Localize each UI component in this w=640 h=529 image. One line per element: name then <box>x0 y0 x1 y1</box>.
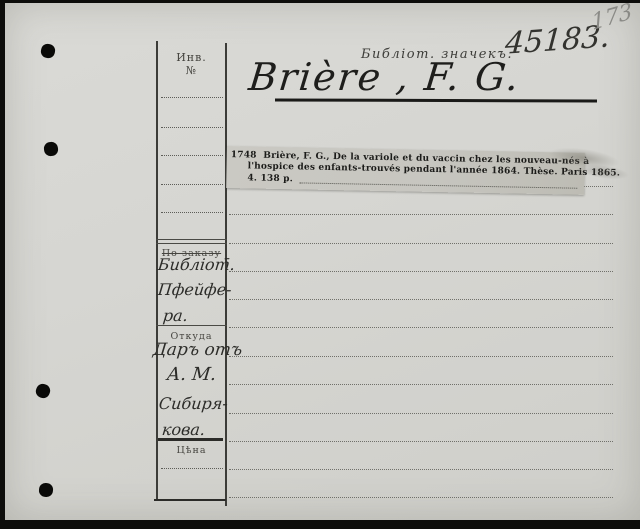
handwritten-underline <box>158 438 223 441</box>
ruled-line <box>229 384 613 385</box>
section-divider <box>156 243 227 244</box>
ruled-line <box>229 327 613 328</box>
inventory-dotted-line <box>161 127 223 128</box>
inventory-dotted-line <box>161 184 223 185</box>
ruled-line <box>229 243 613 244</box>
inventory-label-line1: Инв. <box>157 51 226 64</box>
ruled-line <box>229 356 613 357</box>
origin-handwritten-line3: Сибиря- <box>158 394 229 413</box>
ruled-line <box>229 497 613 498</box>
punch-hole-icon <box>43 141 59 157</box>
author-underline <box>275 98 597 102</box>
punch-hole-icon <box>38 482 53 497</box>
order-handwritten-line1: Библіот̄. <box>157 255 236 274</box>
slip-line3: 4. 138 p. <box>230 173 293 185</box>
inventory-label-line2: № <box>157 64 226 77</box>
ruled-line <box>229 214 613 215</box>
section-divider <box>156 325 227 326</box>
order-handwritten-line3: ра. <box>162 306 189 325</box>
inventory-dotted-line <box>161 97 223 98</box>
ruled-line <box>229 469 613 470</box>
origin-handwritten-line1: Даръ отъ <box>152 340 243 360</box>
ruled-line <box>229 271 613 272</box>
order-handwritten-line2: Пфейфе- <box>157 280 233 299</box>
origin-handwritten-line2: А. М. <box>166 364 217 385</box>
ruled-line <box>229 299 613 300</box>
price-dotted-line <box>161 468 223 469</box>
author-heading-handwritten: Brière , F. G. <box>247 55 523 99</box>
inventory-dotted-line <box>161 155 223 156</box>
pasted-bibliography-slip: 1748 Brière, F. G., De la variole et du … <box>226 146 585 195</box>
ruled-line <box>229 413 613 414</box>
price-printed-label: Цѣна <box>157 445 226 456</box>
punch-hole-icon <box>40 43 57 60</box>
column-bottom-rule <box>154 499 226 501</box>
scanned-catalog-card-page: { "scan": { "pencil_folio": "173", "acce… <box>0 0 640 529</box>
folio-number-pencil: 173 <box>590 0 633 36</box>
inventory-label: Инв. № <box>157 51 226 77</box>
punch-hole-icon <box>34 382 52 400</box>
column-right-rule <box>225 43 227 506</box>
ruled-line <box>229 441 613 442</box>
origin-handwritten-line4: кова. <box>161 420 206 439</box>
inventory-dotted-line <box>161 212 223 213</box>
catalog-card-paper: Инв. № По заказу Библіот̄. Пфейфе- ра. О… <box>5 3 640 520</box>
section-divider <box>156 239 227 240</box>
